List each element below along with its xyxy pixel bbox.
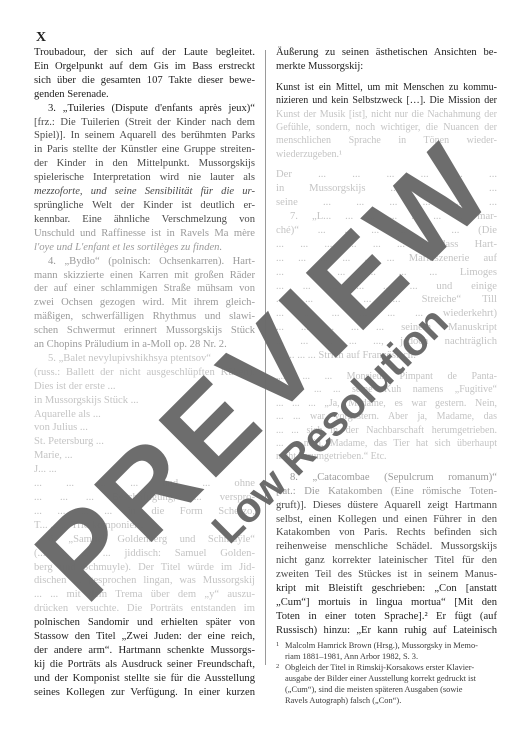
section-heading-4: 4. „Bydło“ (polnisch: Ochsenkarren). Har… xyxy=(34,255,255,269)
footnote-line: („Cum“), sind die meisten späteren Ausga… xyxy=(285,684,497,695)
text-line: in Mussorgskijs Stück ... xyxy=(34,394,255,408)
text-line: Marie, ... xyxy=(34,449,255,463)
text-line: [lat.: Die Katakomben (Eine römische Tot… xyxy=(276,485,497,499)
text-line: Äußerung zu seinen ästhetischen Ansichte… xyxy=(276,46,497,60)
text-line: ... ... ... ... ... seinem Manuskript xyxy=(276,321,497,335)
text-line: ... ... mit dem Trema über dem „y“ auszu… xyxy=(34,588,255,602)
quote-line: Kunst der Musik [ist], nicht nur die Nac… xyxy=(276,108,497,121)
italic-term: mezzoforte, und seine Sensibilität für d… xyxy=(34,186,255,197)
text-line: Unschuld und Raffinesse ist in Ravels Ma… xyxy=(34,227,255,241)
section-heading-3: 3. „Tuileries (Dispute d'enfants après j… xyxy=(34,102,255,116)
text-line: der andere arm“. Hartmann schenkte Musso… xyxy=(34,644,255,658)
footnote-line: Malcolm Hamrick Brown (Hrsg.), Mussorgsk… xyxy=(285,640,497,651)
italic-title: l'oye und L'enfant et les sortilèges zu … xyxy=(34,242,222,253)
footnote-marker: 1 xyxy=(276,639,279,650)
text-line: ... ... ... ... ... ... , dass Hart- xyxy=(276,238,497,252)
text-line: zweiten Teil des Stückes ist in seinem M… xyxy=(276,568,497,582)
text-line: der Kinder in den Mittelpunkt. Mussorgsk… xyxy=(34,157,255,171)
text-line: berg und Schmuyle). Der Titel würde im J… xyxy=(34,561,255,575)
text-line: l'oye und L'enfant et les sortilèges zu … xyxy=(34,241,255,255)
text-line: Aquarelle als ... xyxy=(34,408,255,422)
text-line: spielerische Interpretation wird nie lau… xyxy=(34,171,255,185)
quote-line: menschlichen Sprache in Tönen wieder- xyxy=(276,134,497,147)
footnote-line: Obgleich der Titel in Rimskij-Korsakows … xyxy=(285,662,497,673)
text-line: in Mussorgskijs ... ... ... ... xyxy=(276,182,497,196)
text-line: ... ... ... ... in die Form Scherzo, xyxy=(34,505,255,519)
text-line: an Chopins Präludium in a-Moll op. 28 Nr… xyxy=(34,338,255,352)
text-line: sprüngliche Welt der Kinder ist deutlich… xyxy=(34,199,255,213)
text-line: ... ... ... ... ... ... Marktszenerie au… xyxy=(276,252,497,266)
quote-line: ... ... war vorgestern. Aber ja, Madame,… xyxy=(276,410,497,423)
text-line: sich über die gesamten 107 Takte dieser … xyxy=(34,74,255,88)
text-line: [frz.: Die Tuilerien (Streit der Kinder … xyxy=(34,116,255,130)
right-column: Äußerung zu seinen ästhetischen Ansichte… xyxy=(276,46,497,638)
text-line: von Julius ... xyxy=(34,421,255,435)
text-line: Der ... ... ... ... ... ... xyxy=(276,168,497,182)
text-line: ché)“ ... ... ... ... ... ... (Die xyxy=(276,224,497,238)
text-line: J... ... xyxy=(34,463,255,477)
text-line: ... ... ... ... ... Streiche“ Till xyxy=(276,293,497,307)
text-line: ... ... ... ... ... ... und einige xyxy=(276,280,497,294)
column-divider xyxy=(265,50,266,665)
text-line: „Cum“] mortuis in lingua mortua“ [Mit de… xyxy=(276,596,497,610)
text-line: dischen ... gesprochen lingan, was Musso… xyxy=(34,574,255,588)
text-line: reihenweise menschliche Schädel. Mussorg… xyxy=(276,540,497,554)
text-line: ... ... ... ... ... ... wiederkehrt) xyxy=(276,307,497,321)
section-heading-6: 6. „Samuel Goldenberg und Schmuÿle“ xyxy=(34,533,255,547)
footnote-line: riam 1881–1981, Ann Arbor 1982, S. 3. xyxy=(285,651,497,662)
text-line: und der Komponist stellte sie für die Au… xyxy=(34,672,255,686)
text-line: kij die Porträts als Ausdruck seiner Fre… xyxy=(34,658,255,672)
text-line: Ein Orgelpunkt auf dem Gis im Bass erstr… xyxy=(34,60,255,74)
quote-line: Kunst ist ein Mittel, um mit Menschen zu… xyxy=(276,81,497,94)
quote-line: nicht herumgetrieben.“ Etc. xyxy=(276,450,497,463)
text-line: mäßigen, schwerfälligen Rhythmus und sla… xyxy=(34,310,255,324)
section-heading-8: 8. „Catacombae (Sepulcrum romanum)“ xyxy=(276,471,497,485)
text-line: St. Petersburg ... xyxy=(34,435,255,449)
quote-line: ... ... ... „Ja, Madame, es war gestern.… xyxy=(276,397,497,410)
french-quote: „... ... ... Monsieur Pimpant de Panta- … xyxy=(276,370,497,464)
text-line: drücken versuchte. Die Porträts entstand… xyxy=(34,602,255,616)
quote-line: „... ... ... Monsieur Pimpant de Panta- xyxy=(276,370,497,383)
left-column: Troubadour, der sich auf der Laute begle… xyxy=(34,46,255,700)
text-line: ... ... ... ... ... ... Limoges xyxy=(276,266,497,280)
text-line: Toten in einer toten Sprache].² Er fügt … xyxy=(276,610,497,624)
text-line: Dies ist der erste ... xyxy=(34,380,255,394)
text-line: der auf einer schlammigen Straße mühsam … xyxy=(34,282,255,296)
quote-line: Gefühle, sondern, noch wichtiger, die Nu… xyxy=(276,121,497,134)
text-line: seines Kollegen zur Verfügung. In einer … xyxy=(34,686,255,700)
text-line: kennbar. Eine ähnliche Verschmelzung von xyxy=(34,213,255,227)
block-quote: Kunst ist ein Mittel, um mit Menschen zu… xyxy=(276,81,497,161)
footnote-line: ausgabe der Bilder einer Ausstellung kor… xyxy=(285,673,497,684)
quote-line: ... ... nein, Madame, das Tier hat sich … xyxy=(276,437,497,450)
quote-line: nizieren und kein Selbstzweck […]. Die M… xyxy=(276,94,497,107)
text-line: merkte Mussorgskij: xyxy=(276,60,497,74)
quote-line: ... ... sich in der Nachbarschaft herumg… xyxy=(276,424,497,437)
text-line: kript mit Bleistift geschrieben: „Con [a… xyxy=(276,582,497,596)
text-line: gruft)]. Dieses düstere Aquarell zeigt H… xyxy=(276,499,497,513)
footnotes: 1 Malcolm Hamrick Brown (Hrsg.), Mussorg… xyxy=(276,640,497,706)
text-line: Russisch) hinzu: „Er kann ruhig auf Late… xyxy=(276,624,497,638)
text-line: nicht ganz korrekter lateinischer Titel … xyxy=(276,554,497,568)
footnote-1: 1 Malcolm Hamrick Brown (Hrsg.), Mussorg… xyxy=(276,640,497,662)
text-line: (... ... ... ... jiddisch: Samuel Golden… xyxy=(34,547,255,561)
text-line: ... ... ... Beschäftigung, ... verspro- xyxy=(34,491,255,505)
text-line: seine ... ... ... ... ... ... xyxy=(276,196,497,210)
footnote-line: Ravels Autograph) falsch („Con“). xyxy=(285,695,497,706)
section-heading-7: 7. „L... ... ... ... ... ... ... mar- xyxy=(276,210,497,224)
text-line: ... ... ... ... Strich auf Französisch: xyxy=(276,349,497,363)
text-line: (russ.: Ballett der nicht ausgeschlüpfte… xyxy=(34,366,255,380)
quote-line: ... ... ... ... seine Kuh namens „Fugiti… xyxy=(276,383,497,396)
text-line: in Paris stellte der Künstler eine Grupp… xyxy=(34,143,255,157)
text-line: ... ... ... ... ..., jedoch nachträglich xyxy=(276,335,497,349)
text-line: Troubadour, der sich auf der Laute begle… xyxy=(34,46,255,60)
quote-line: wiederzugeben.¹ xyxy=(276,148,497,161)
text-line: Spiel)]. In seinem Aquarell des berühmte… xyxy=(34,129,255,143)
text-line: T... ... ... Trio komponiert. xyxy=(34,519,255,533)
page-marker: X xyxy=(36,30,46,46)
text-line: genden Serenade. xyxy=(34,88,255,102)
text-line: selbst, einen Kollegen und einen Führer … xyxy=(276,513,497,527)
text-line: ... ... ... ... und ... ohne xyxy=(34,477,255,491)
text-line: mann skizzierte einen Karren mit großen … xyxy=(34,269,255,283)
text-line: Katakomben von Paris. Rechts befinden si… xyxy=(276,526,497,540)
section-heading-5: 5. „Balet nevylupivshikhsya ptentsov“ xyxy=(34,352,255,366)
footnote-marker: 2 xyxy=(276,661,279,672)
text-line: Stassow den Titel „Zwei Juden: der eine … xyxy=(34,630,255,644)
text-line: zwei Ochsen gezogen wird. Mit ihrem glei… xyxy=(34,296,255,310)
text-line: schen Schwermut erinnert Mussorgskijs St… xyxy=(34,324,255,338)
text-line: mezzoforte, und seine Sensibilität für d… xyxy=(34,185,255,199)
text-line: polnischen Sandomir und erhielten später… xyxy=(34,616,255,630)
footnote-2: 2 Obgleich der Titel in Rimskij-Korsakow… xyxy=(276,662,497,706)
